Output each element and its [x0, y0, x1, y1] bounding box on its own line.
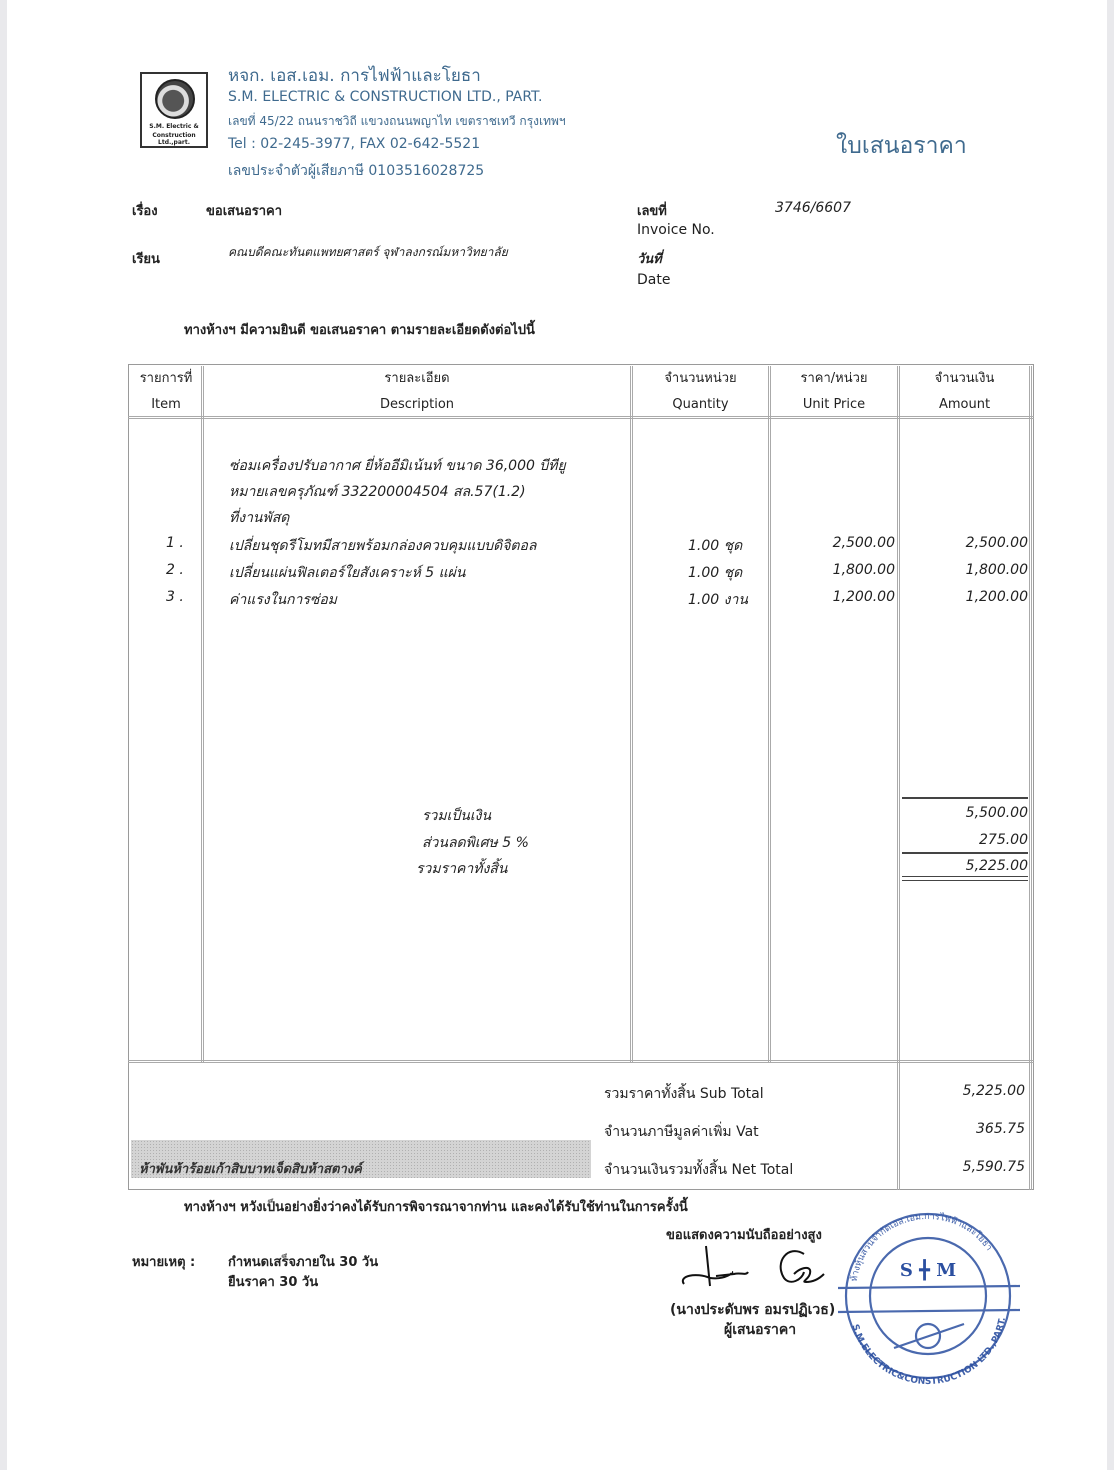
item-unit-price: 2,500.00	[771, 535, 895, 551]
column-divider	[1029, 366, 1032, 1190]
invoice-label-english: Invoice No.	[637, 222, 715, 238]
company-name-english: S.M. ELECTRIC & CONSTRUCTION LTD., PART.	[228, 89, 542, 105]
description-line: ที่งานพัสดุ	[229, 507, 289, 529]
summary-value-discount: 275.00	[900, 832, 1028, 848]
header-quantity: จำนวนหน่วย Quantity	[633, 366, 768, 418]
item-number: 3 .	[166, 589, 184, 605]
item-amount: 1,800.00	[900, 562, 1028, 578]
svg-text:S.M.ELECTRIC&CONSTRUCTION LTD.: S.M.ELECTRIC&CONSTRUCTION LTD.,PART.	[849, 1317, 1008, 1387]
item-description: เปลี่ยนแผ่นฟิลเตอร์ใยสังเคราะห์ 5 แผ่น	[229, 562, 465, 584]
header-amount: จำนวนเงิน Amount	[900, 366, 1029, 418]
item-amount: 1,200.00	[900, 589, 1028, 605]
note-line: กำหนดเสร็จภายใน 30 วัน	[228, 1251, 378, 1272]
header-unit-price: ราคา/หน่วย Unit Price	[771, 366, 897, 418]
column-divider	[201, 366, 204, 1062]
page-edge-right	[1107, 0, 1114, 1470]
date-label-thai: วันที่	[637, 248, 662, 269]
summary-mid-rule	[902, 852, 1028, 854]
item-unit-price: 1,800.00	[771, 562, 895, 578]
date-label-english: Date	[637, 272, 670, 288]
stamp-ring-bottom: S.M.ELECTRIC&CONSTRUCTION LTD.,PART.	[849, 1317, 1008, 1387]
company-tax-id: เลขประจำตัวผู้เสียภาษี 0103516028725	[228, 160, 484, 182]
item-quantity: 1.00 งาน	[688, 589, 748, 611]
logo-text-2: Construction Ltd.,part.	[144, 132, 204, 146]
subject-label: เรื่อง	[132, 200, 158, 221]
signer-name: (นางประดับพร อมรปฏิเวธ)	[670, 1299, 835, 1321]
summary-value-total: 5,500.00	[900, 805, 1028, 821]
summary-value-net: 5,225.00	[900, 858, 1028, 874]
subtotal-value: 5,225.00	[900, 1083, 1025, 1099]
invoice-number: 3746/6607	[775, 200, 851, 216]
summary-label-discount: ส่วนลดพิเศษ 5 %	[422, 832, 529, 854]
company-stamp-icon: ห้างหุ้นส่วนจำกัดเอส.เอม.การไฟฟ้าและโยธา…	[828, 1196, 1028, 1396]
amount-in-words-box: ห้าพันห้าร้อยเก้าสิบบาทเจ็ดสิบห้าสตางค์	[131, 1140, 591, 1178]
item-unit-price: 1,200.00	[771, 589, 895, 605]
to-label: เรียน	[132, 248, 160, 269]
column-divider	[897, 366, 900, 1190]
company-logo: S.M. Electric & Construction Ltd.,part.	[140, 72, 208, 148]
subject-value: ขอเสนอราคา	[206, 200, 282, 221]
vat-label: จำนวนภาษีมูลค่าเพิ่ม Vat	[604, 1121, 759, 1143]
item-description: ค่าแรงในการซ่อม	[229, 589, 337, 611]
globe-icon	[155, 79, 195, 119]
net-total-value: 5,590.75	[900, 1159, 1025, 1175]
document-title: ใบเสนอราคา	[836, 128, 967, 164]
company-address: เลขที่ 45/22 ถนนราชวิถี แขวงถนนพญาไท เขต…	[228, 112, 566, 131]
logo-text-1: S.M. Electric &	[144, 123, 204, 130]
summary-double-rule	[902, 876, 1028, 881]
subtotal-label: รวมราคาทั้งสิ้น Sub Total	[604, 1083, 764, 1105]
intro-text: ทางห้างฯ มีความยินดี ขอเสนอราคา ตามรายละ…	[184, 319, 535, 340]
net-total-label: จำนวนเงินรวมทั้งสิ้น Net Total	[604, 1159, 793, 1181]
summary-label-total: รวมเป็นเงิน	[422, 805, 491, 827]
description-line: ซ่อมเครื่องปรับอากาศ ยี่ห้ออีมิเน้นท์ ขน…	[229, 455, 566, 477]
vat-value: 365.75	[900, 1121, 1025, 1137]
signature-icon	[676, 1242, 836, 1298]
column-divider	[630, 366, 633, 1062]
summary-top-rule	[902, 797, 1028, 799]
to-value: คณบดีคณะทันตแพทยศาสตร์ จุฬาลงกรณ์มหาวิทย…	[228, 243, 508, 262]
stamp-center: S ╋ M	[900, 1259, 956, 1281]
company-name-thai: หจก. เอส.เอม. การไฟฟ้าและโยธา	[228, 62, 481, 89]
item-quantity: 1.00 ชุด	[688, 535, 742, 557]
page-edge-left	[0, 0, 7, 1470]
item-description: เปลี่ยนชุดรีโมทมีสายพร้อมกล่องควบคุมแบบด…	[229, 535, 537, 557]
amount-in-words: ห้าพันห้าร้อยเก้าสิบบาทเจ็ดสิบห้าสตางค์	[139, 1158, 362, 1179]
summary-label-net: รวมราคาทั้งสิ้น	[416, 858, 507, 880]
item-number: 2 .	[166, 562, 184, 578]
invoice-label-thai: เลขที่	[637, 200, 667, 221]
description-line: หมายเลขครุภัณฑ์ 332200004504 สล.57(1.2)	[229, 481, 526, 503]
item-number: 1 .	[166, 535, 184, 551]
totals-divider	[128, 1060, 1034, 1063]
signer-role: ผู้เสนอราคา	[724, 1319, 796, 1341]
column-divider	[768, 366, 771, 1062]
header-item: รายการที่ Item	[130, 366, 202, 418]
note-line: ยืนราคา 30 วัน	[228, 1271, 318, 1292]
item-amount: 2,500.00	[900, 535, 1028, 551]
note-label: หมายเหตุ :	[132, 1251, 195, 1272]
company-phone: Tel : 02-245-3977, FAX 02-642-5521	[228, 136, 480, 152]
header-description: รายละเอียด Description	[204, 366, 630, 418]
item-quantity: 1.00 ชุด	[688, 562, 742, 584]
closing-text: ทางห้างฯ หวังเป็นอย่างยิ่งว่าคงได้รับการ…	[184, 1196, 688, 1217]
